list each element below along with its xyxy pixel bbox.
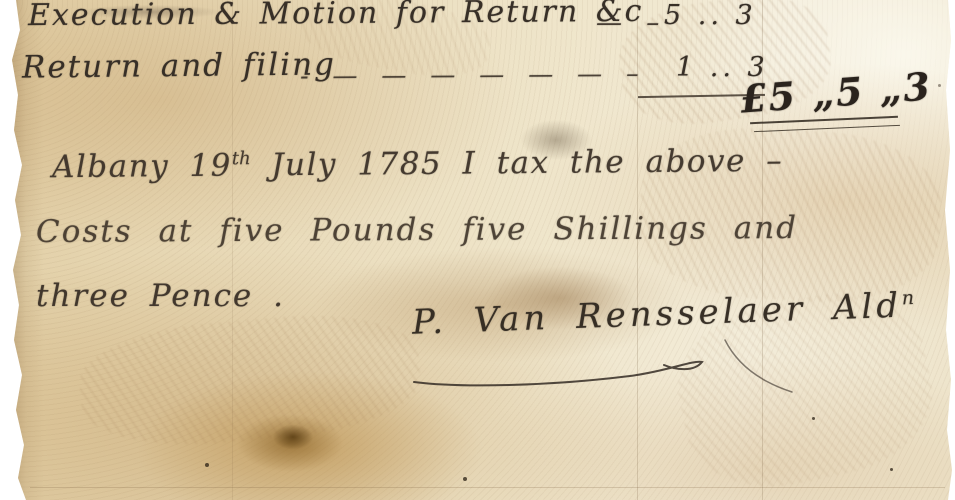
ink-speck	[890, 468, 893, 471]
ink-speck	[812, 417, 815, 420]
ledger-row2-leader: - — — — — — — –	[300, 59, 647, 90]
ledger-row1-amount: 5 .. 3	[664, 0, 757, 31]
ink-speck	[463, 477, 467, 481]
ink-speck	[205, 463, 209, 467]
ledger-row2-label: Return and filing	[22, 46, 336, 85]
ledger-row1-label: Execution & Motion for Return &c	[28, 0, 644, 33]
fold-crease	[30, 487, 945, 488]
body-line-costs: Costs at five Pounds five Shillings and	[36, 210, 798, 250]
ledger-row1-leader: — –	[596, 8, 667, 38]
date-place: Albany 19	[52, 148, 232, 186]
signature-superscript: n	[901, 287, 914, 309]
date-line: Albany 19th July 1785 I tax the above –	[52, 143, 784, 185]
date-rest: July 1785 I tax the above –	[251, 143, 784, 184]
body-line-pence: three Pence .	[36, 278, 285, 314]
ink-speck	[938, 84, 941, 87]
ordinal-superscript: th	[232, 148, 251, 169]
manuscript-scan: Execution & Motion for Return &c — – 5 .…	[0, 0, 955, 500]
